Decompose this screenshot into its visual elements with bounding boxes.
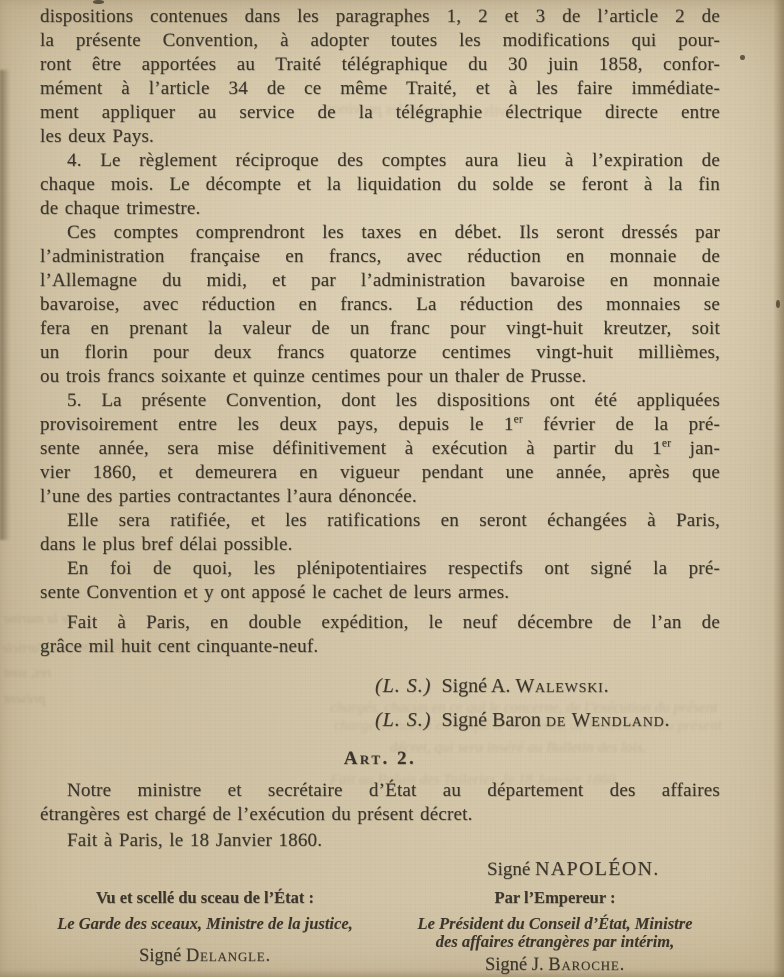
text-line: chaque mois. Le décompte et la liquidati… — [40, 173, 720, 197]
page-edge-shadow-right — [773, 0, 784, 977]
text-line: l’administration française en francs, av… — [40, 245, 720, 269]
text-line: l’Allemagne du midi, et par l’administra… — [40, 269, 720, 293]
text-line: sente Convention et y ont apposé le cach… — [40, 581, 720, 605]
text-column: dispositions contenues dans les paragrap… — [40, 0, 720, 976]
signatory-name: NAPOLÉON. — [535, 858, 659, 880]
text-line: 5. La présente Convention, dont les disp… — [40, 389, 720, 413]
text-line: Ces comptes comprendront les taxes en dé… — [40, 221, 720, 245]
paragraph: Ces comptes comprendront les taxes en dé… — [40, 221, 720, 389]
signature-columns: Vu et scellé du sceau de l’État :Le Gard… — [40, 888, 720, 976]
text-line: mément à l’article 34 de ce même Traité,… — [40, 77, 720, 101]
signature-column-title: Le Président du Conseil d’État, Ministre — [390, 915, 720, 933]
signatory-name: Walewski. — [515, 675, 609, 697]
text-line: fera en prenant la valeur de un franc po… — [40, 317, 720, 341]
paragraph: En foi de quoi, les plénipotentiaires re… — [40, 557, 720, 605]
paragraph: Fait à Paris, en double expédition, le n… — [40, 611, 720, 659]
signatory-name: Delangle. — [186, 946, 271, 966]
text-line: Notre ministre et secrétaire d’État au d… — [40, 779, 720, 803]
text-line: de chaque trimestre. — [40, 197, 720, 221]
signature-emperor: Signé NAPOLÉON. — [40, 857, 720, 882]
text-line: ou trois francs soixante et quinze centi… — [40, 365, 720, 389]
paragraph: Elle sera ratifiée, et les ratifications… — [40, 509, 720, 557]
text-line: provisoirement entre les deux pays, depu… — [40, 413, 720, 437]
text-line: grâce mil huit cent cinquante-neuf. — [40, 635, 720, 659]
seal-mark: (L. S.) — [375, 675, 431, 697]
signatory-name: de Wendland. — [546, 709, 670, 731]
ink-speck — [740, 55, 745, 60]
text-line: Fait à Paris, le 18 Janvier 1860. — [40, 829, 720, 853]
seal-signatures: (L. S.)Signé A. Walewski.(L. S.)Signé Ba… — [375, 669, 720, 737]
text-line: l’une des parties contractantes l’aura d… — [40, 485, 720, 509]
paragraph: Fait à Paris, le 18 Janvier 1860. — [40, 829, 720, 853]
signature-column-title: des affaires étrangères par intérim, — [390, 933, 720, 951]
signature-column-header: Par l’Empereur : — [390, 888, 720, 908]
text-line: Elle sera ratifiée, et les ratifications… — [40, 509, 720, 533]
right-signature-column: Par l’Empereur :Le Président du Conseil … — [390, 888, 720, 976]
left-signature-column: Vu et scellé du sceau de l’État :Le Gard… — [40, 888, 370, 976]
document-page: les civils alloués par les provincesde l… — [0, 0, 784, 977]
text-line: dans le plus bref délai possible. — [40, 533, 720, 557]
paragraph: 5. La présente Convention, dont les disp… — [40, 389, 720, 509]
signature-column-header: Vu et scellé du sceau de l’État : — [40, 888, 370, 908]
text-line: les deux Pays. — [40, 125, 720, 149]
text-line: bavaroise, avec réduction en francs. La … — [40, 293, 720, 317]
seal-signature-line: (L. S.)Signé Baron de Wendland. — [375, 703, 720, 737]
text-line: la présente Convention, à adopter toutes… — [40, 29, 720, 53]
article-heading: Art. 2. — [40, 747, 720, 771]
text-line: un florin pour deux francs quatorze cent… — [40, 341, 720, 365]
text-line: Fait à Paris, en double expédition, le n… — [40, 611, 720, 635]
seal-mark: (L. S.) — [375, 709, 431, 731]
signature-line: Signé Delangle. — [40, 946, 370, 967]
text-line: En foi de quoi, les plénipotentiaires re… — [40, 557, 720, 581]
signature-column-title: Le Garde des sceaux, Ministre de la just… — [40, 915, 370, 933]
text-line: dispositions contenues dans les paragrap… — [40, 5, 720, 29]
text-line: ront être apportées au Traité télégraphi… — [40, 53, 720, 77]
seal-signature-line: (L. S.)Signé A. Walewski. — [375, 669, 720, 703]
text-line: 4. Le règlement réciproque des comptes a… — [40, 149, 720, 173]
text-line: ment appliquer au service de la télégrap… — [40, 101, 720, 125]
paragraph: 4. Le règlement réciproque des comptes a… — [40, 149, 720, 221]
text-line: sente année, sera mise définitivement à … — [40, 437, 720, 461]
text-line: étrangères est chargé de l’exécution du … — [40, 803, 720, 827]
page-edge-shadow-bottom — [0, 969, 784, 977]
paragraph: dispositions contenues dans les paragrap… — [40, 5, 720, 149]
paragraph: Notre ministre et secrétaire d’État au d… — [40, 779, 720, 827]
text-line: vier 1860, et demeurera en vigueur penda… — [40, 461, 720, 485]
page-edge-shadow-left — [0, 70, 10, 540]
